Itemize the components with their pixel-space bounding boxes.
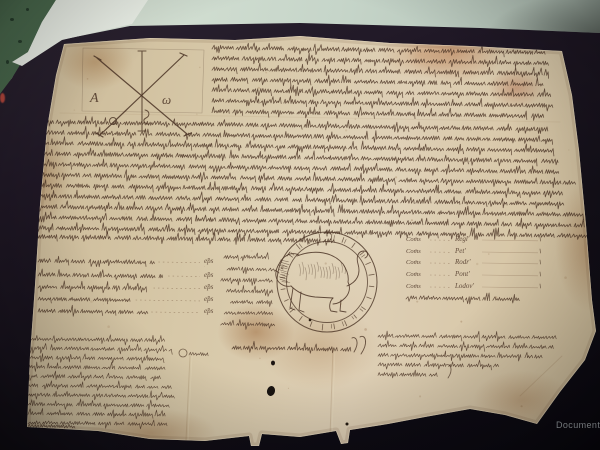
svg-text:ep̄s: ep̄s <box>204 283 214 291</box>
photo-of-parchment-charter: { "scene": { "description": "Photograph … <box>0 0 600 450</box>
manuscript-ink-layer: Aω ep̄sep̄sep̄sep̄sep̄sCom̄sRegl'Com̄sPe… <box>0 0 600 450</box>
svg-text:Rodr': Rodr' <box>454 258 471 266</box>
svg-text:Com̄s: Com̄s <box>406 236 421 243</box>
svg-text:Pont': Pont' <box>454 270 470 278</box>
svg-text:Lodov': Lodov' <box>454 282 475 290</box>
svg-text:ω: ω <box>162 92 171 107</box>
svg-text:Pet': Pet' <box>454 247 466 255</box>
svg-text:ep̄s: ep̄s <box>204 271 214 279</box>
watermark-label: Documenta <box>556 420 600 430</box>
svg-text:Com̄s: Com̄s <box>406 248 421 255</box>
parchment-sheet: Aω ep̄sep̄sep̄sep̄sep̄sCom̄sRegl'Com̄sPe… <box>0 0 600 450</box>
svg-text:Regl': Regl' <box>454 235 470 243</box>
svg-text:Com̄s: Com̄s <box>406 259 421 266</box>
body-text-script <box>36 43 588 245</box>
svg-text:A: A <box>89 91 99 106</box>
svg-text:ep̄s: ep̄s <box>204 307 214 315</box>
svg-text:ep̄s: ep̄s <box>204 257 214 265</box>
svg-text:ep̄s: ep̄s <box>204 295 214 303</box>
svg-text:Com̄s: Com̄s <box>406 271 421 278</box>
svg-text:Com̄s: Com̄s <box>406 283 421 290</box>
red-mark <box>0 93 5 103</box>
